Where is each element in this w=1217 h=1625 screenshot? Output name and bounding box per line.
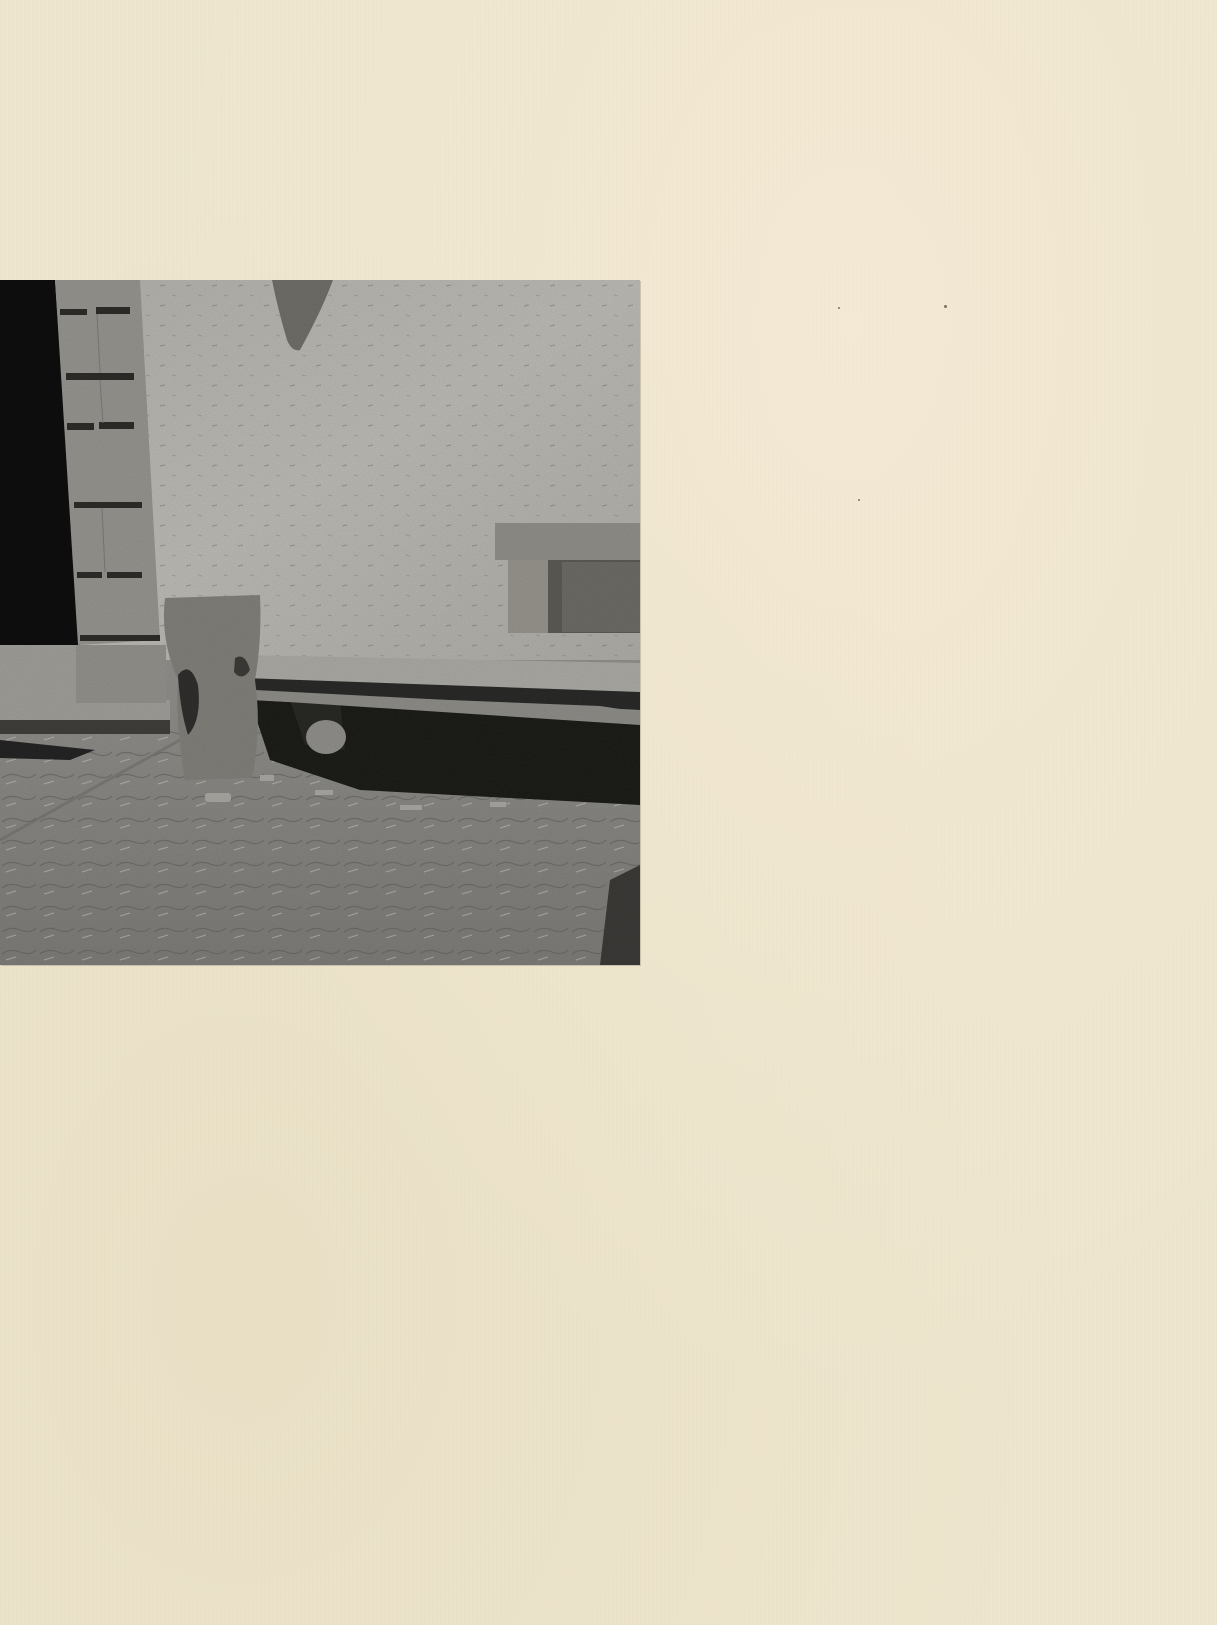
paper-speck — [838, 307, 840, 309]
stone-bench-back — [495, 523, 640, 560]
mounted-photograph — [0, 280, 640, 965]
paper-speck — [858, 499, 860, 501]
photo-image — [0, 280, 640, 965]
paper-speck — [944, 305, 947, 308]
album-page — [0, 0, 1217, 1625]
